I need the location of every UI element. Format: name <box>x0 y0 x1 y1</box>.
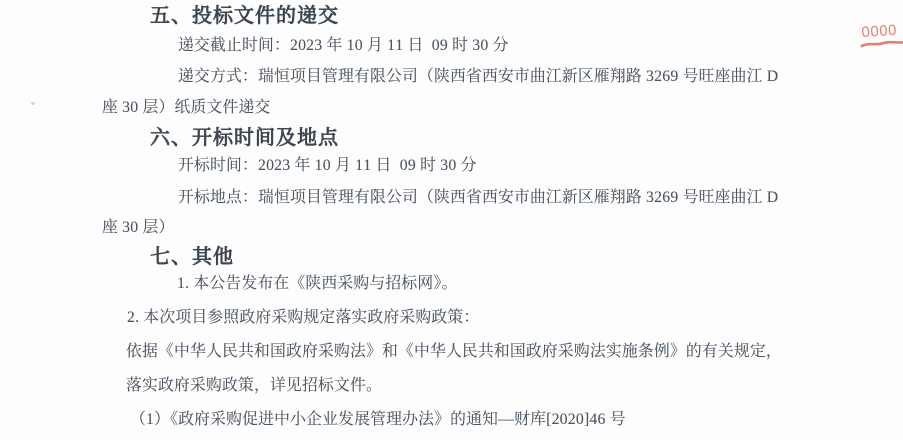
line-opening-time: 开标时间：2023 年 10 月 11 日 09 时 30 分 <box>178 156 477 176</box>
stamp-underline-squiggle <box>860 37 903 50</box>
line-policy-basis-1: 依据《中华人民共和国政府采购法》和《中华人民共和国政府采购法实施条例》的有关规定… <box>126 342 782 362</box>
line-policy-intro: 2. 本次项目参照政府采购规定落实政府采购政策： <box>127 308 479 328</box>
line-submission-deadline: 递交截止时间：2023 年 10 月 11 日 09 时 30 分 <box>178 36 509 56</box>
line-announcement: 1. 本公告发布在《陕西采购与招标网》。 <box>177 274 457 294</box>
line-opening-place-1: 开标地点：瑞恒项目管理有限公司（陕西省西安市曲江新区雁翔路 3269 号旺座曲江… <box>178 188 778 208</box>
line-opening-place-2: 座 30 层） <box>102 218 175 238</box>
heading-bid-opening: 六、开标时间及地点 <box>150 126 339 151</box>
document-page: 五、投标文件的递交 递交截止时间：2023 年 10 月 11 日 09 时 3… <box>0 0 903 440</box>
line-submission-method-2: 座 30 层）纸质文件递交 <box>102 98 270 118</box>
heading-other: 七、其他 <box>150 245 234 270</box>
line-policy-basis-2: 落实政府采购政策，详见招标文件。 <box>126 376 382 396</box>
stamp-serial: 0000 <box>861 20 903 54</box>
line-policy-item-1: （1）《政府采购促进中小企业发展管理办法》的通知—财库[2020]46 号 <box>130 410 626 430</box>
scan-speck <box>31 102 35 105</box>
heading-submission: 五、投标文件的递交 <box>150 4 339 29</box>
line-submission-method-1: 递交方式：瑞恒项目管理有限公司（陕西省西安市曲江新区雁翔路 3269 号旺座曲江… <box>178 67 778 87</box>
